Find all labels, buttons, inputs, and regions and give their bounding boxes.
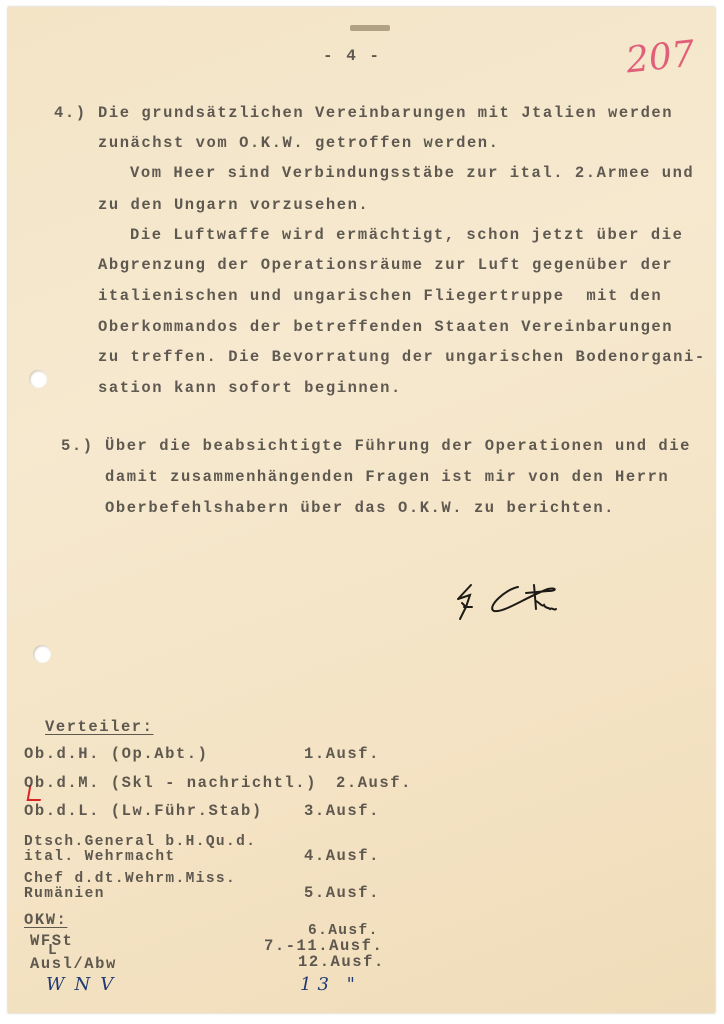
recipient: Rumänien [24,887,105,901]
text-line: damit zusammenhängenden Fragen ist mir v… [105,468,669,486]
okw-heading: OKW: [24,911,67,929]
recipient: Ob.d.M. (Skl - nachrichtl.) [24,774,317,792]
recipient: Dtsch.General b.H.Qu.d. [24,835,256,849]
text-line: Abgrenzung der Operationsräume zur Luft … [98,256,673,274]
recipient: Ob.d.L. (Lw.Führ.Stab) [24,802,263,820]
recipient: Ob.d.H. (Op.Abt.) [24,745,208,763]
copy-number: 3.Ausf. [304,802,380,820]
text-line: Die Luftwaffe wird ermächtigt, schon jet… [130,226,683,244]
copy-number: 2.Ausf. [336,774,412,792]
text-line: zu treffen. Die Bevorratung der ungarisc… [98,348,706,366]
recipient: Ausl/Abw [30,955,117,973]
text-line: Oberbefehlshabern über das O.K.W. zu ber… [105,499,615,517]
copy-number: 12.Ausf. [298,953,385,971]
section-number: 5.) [61,437,94,455]
recipient: ital. Wehrmacht [24,850,176,864]
copy-number: 4.Ausf. [304,847,380,865]
handwritten-recipient: WNV [46,974,123,995]
recipient: Chef d.dt.Wehrm.Miss. [24,872,236,886]
text-line: Die grundsätzlichen Vereinbarungen mit J… [98,104,673,122]
page-number: - 4 - [323,47,381,65]
stamp-mark [350,25,390,31]
text-line: Vom Heer sind Verbindungsstäbe zur ital.… [130,164,694,182]
punch-hole [29,370,47,388]
text-line: italienischen und ungarischen Fliegertru… [98,287,662,305]
text-line: zu den Ungarn vorzusehen. [98,196,369,214]
handwritten-copy: 13 " [300,974,361,995]
text-line: Über die beabsichtigte Führung der Opera… [105,437,691,455]
punch-hole [33,645,51,663]
archive-number: 207 [624,34,697,82]
text-line: zunächst vom O.K.W. getroffen werden. [98,134,500,152]
distribution-heading: Verteiler: [45,718,154,736]
document-page: - 4 - 207 4.) Die grundsätzlichen Verein… [8,7,715,1013]
text-line: sation kann sofort beginnen. [98,379,402,397]
signature [456,577,596,632]
section-number: 4.) [54,104,87,122]
copy-number: 1.Ausf. [304,745,380,763]
copy-number: 5.Ausf. [304,884,380,902]
copy-number: 6.Ausf. [308,924,379,938]
text-line: Oberkommandos der betreffenden Staaten V… [98,318,673,336]
